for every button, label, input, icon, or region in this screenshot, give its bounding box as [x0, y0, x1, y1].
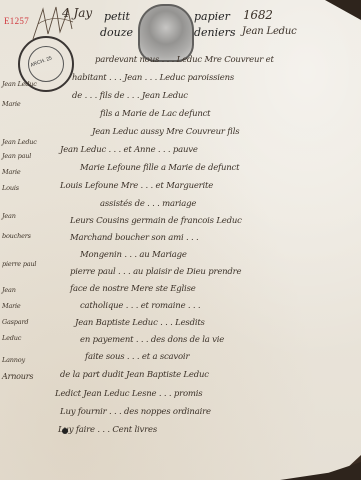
document-year: 1682 [243, 8, 273, 22]
margin-note: Jean [2, 212, 16, 220]
margin-note: Marie [2, 168, 21, 176]
text-line: assistés de . . . mariage [100, 199, 196, 209]
text-line: Leurs Cousins germain de francois Leduc [70, 216, 242, 226]
text-line: Ledict Jean Leduc Lesne . . . promis [55, 389, 202, 399]
margin-note: Louis [2, 184, 19, 192]
text-line: Jean Leduc aussy Mre Couvreur fils [92, 127, 239, 137]
document-page: E1257 ARCH. 25 4 Jay petit papier douze … [0, 0, 361, 480]
stamp-papier: papier [194, 10, 230, 23]
margin-note: Marie [2, 100, 21, 108]
margin-note: Lannoy [2, 356, 25, 364]
text-line: pierre paul . . . au plaisir de Dieu pre… [70, 267, 241, 277]
archive-reference: E1257 [4, 16, 29, 26]
margin-note: Leduc [2, 334, 21, 342]
margin-note: Marie [2, 302, 21, 310]
text-line: Marie Lefoune fille a Marie de defunct [80, 163, 239, 173]
margin-note: Jean [2, 286, 16, 294]
header-name: Jean Leduc [242, 26, 297, 37]
ink-blot [62, 428, 68, 434]
text-line: face de nostre Mere ste Eglise [70, 284, 196, 294]
text-line: catholique . . . et romaine . . . [80, 301, 200, 311]
text-line: de . . . fils de . . . Jean Leduc [72, 91, 188, 101]
margin-note: Arnours [2, 372, 33, 381]
stamp-petit: petit [104, 10, 130, 23]
stamp-line1-left: 4 Jay [62, 6, 92, 20]
margin-note: Gaspard [2, 318, 28, 326]
text-line: Mongenin . . . au Mariage [80, 250, 187, 260]
stamp-deniers: deniers [194, 26, 236, 39]
text-line: faite sous . . . et a scavoir [85, 352, 189, 362]
margin-note: Jean paul [2, 152, 31, 160]
text-line: Marchand boucher son ami . . . [70, 233, 199, 243]
margin-note: bouchers [2, 232, 31, 240]
margin-note: pierre paul [2, 260, 36, 268]
text-line: pardevant nous . . . Leduc Mre Couvreur … [95, 55, 274, 65]
stamp-douze: douze [100, 26, 133, 39]
text-line: Luy fournir . . . des noppes ordinaire [60, 407, 211, 417]
royal-seal-stamp [138, 4, 194, 62]
margin-note: Jean Leduc [2, 80, 37, 88]
text-line: Louis Lefoune Mre . . . et Marguerite [60, 181, 213, 191]
text-line: habitant . . . Jean . . . Leduc paroissi… [72, 73, 234, 83]
margin-note: Jean Leduc [2, 138, 37, 146]
text-line: Luy faire . . . Cent livres [58, 425, 157, 435]
text-line: Jean Baptiste Leduc . . . Lesdits [75, 318, 205, 328]
text-line: Jean Leduc . . . et Anne . . . pauve [60, 145, 198, 155]
text-line: en payement . . . des dons de la vie [80, 335, 224, 345]
text-line: de la part dudit Jean Baptiste Leduc [60, 370, 209, 380]
text-line: fils a Marie de Lac defunct [100, 109, 210, 119]
